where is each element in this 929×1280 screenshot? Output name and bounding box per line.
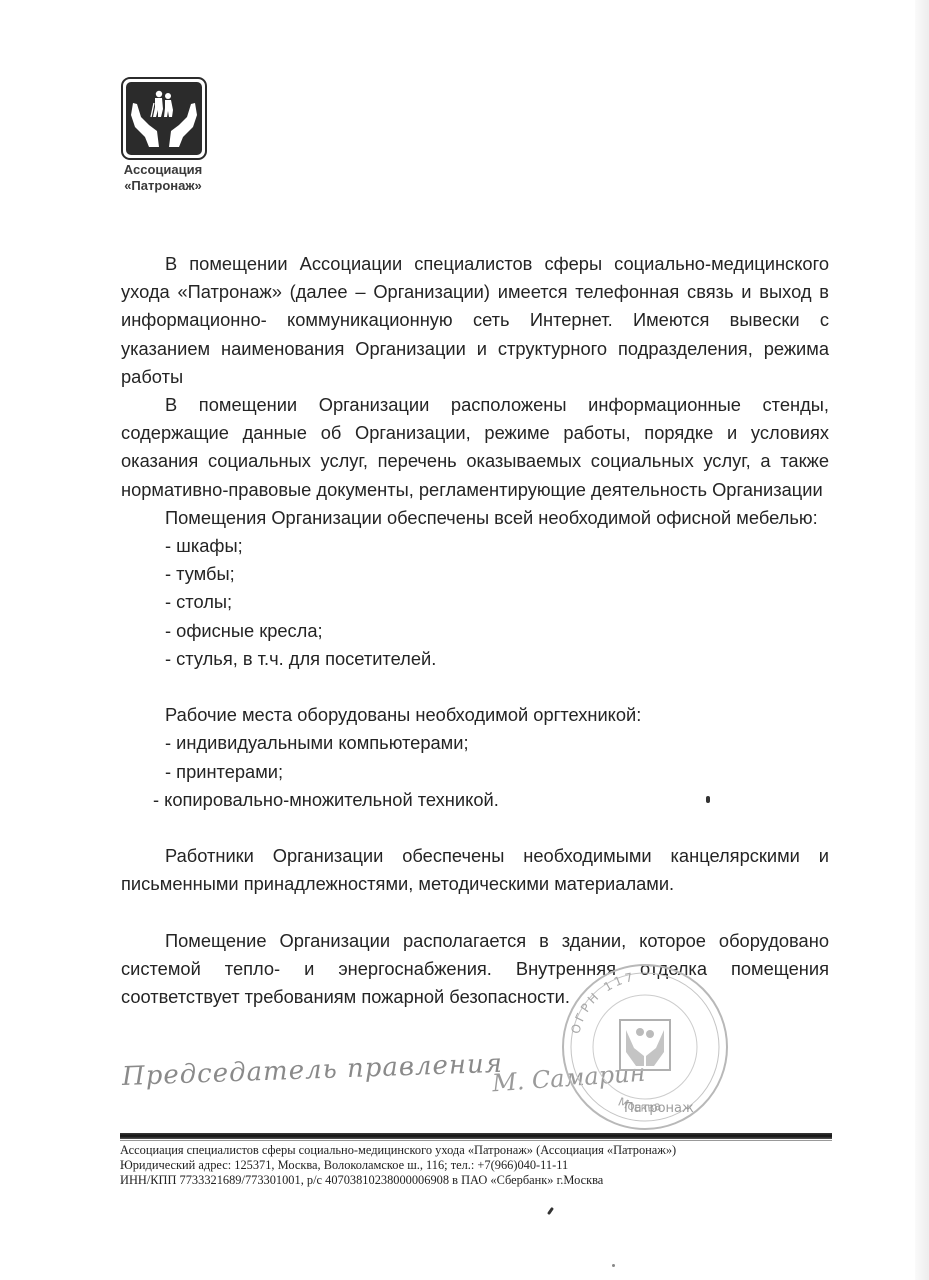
footer-divider-thin xyxy=(120,1140,832,1141)
footer-org-name: Ассоциация специалистов сферы социально-… xyxy=(120,1143,840,1158)
list-item: - тумбы; xyxy=(121,560,829,588)
scan-speck xyxy=(547,1207,554,1215)
organization-stamp-icon: ОГРН 117 Москва Патронаж xyxy=(556,962,734,1132)
list-item: - принтерами; xyxy=(121,758,829,786)
list-item: - копировально-множительной техникой. xyxy=(121,786,829,814)
footer-bank-details: ИНН/КПП 7733321689/773301001, р/с 407038… xyxy=(120,1173,840,1188)
list-item: - стулья, в т.ч. для посетителей. xyxy=(121,645,829,673)
logo-caption-line2: «Патронаж» xyxy=(108,178,218,194)
handwritten-signature-title: Председатель правления xyxy=(121,1049,503,1092)
scan-edge-shadow xyxy=(915,0,929,1280)
hands-holding-elderly-couple-icon xyxy=(121,77,207,160)
paragraph-equipment: Рабочие места оборудованы необходимой ор… xyxy=(121,701,829,729)
scan-speck xyxy=(706,796,710,803)
letterhead-footer: Ассоциация специалистов сферы социально-… xyxy=(120,1143,840,1189)
list-item: - столы; xyxy=(121,588,829,616)
svg-text:ОГРН 117: ОГРН 117 xyxy=(568,970,637,1036)
scan-speck xyxy=(612,1264,615,1267)
list-item: - индивидуальными компьютерами; xyxy=(121,729,829,757)
stamp-outer-text: ОГРН 117 xyxy=(568,970,637,1036)
list-item: - шкафы; xyxy=(121,532,829,560)
furniture-list: - шкафы; - тумбы; - столы; - офисные кре… xyxy=(121,532,829,673)
list-item: - офисные кресла; xyxy=(121,617,829,645)
spacer xyxy=(121,673,829,701)
paragraph-furniture: Помещения Организации обеспечены всей не… xyxy=(121,504,829,532)
paragraph-info-stands: В помещении Организации расположены инфо… xyxy=(121,391,829,504)
stamp-name-text: Патронаж xyxy=(624,1101,694,1116)
spacer xyxy=(121,814,829,842)
paragraph-communications: В помещении Ассоциации специалистов сфер… xyxy=(121,250,829,391)
document-body: В помещении Ассоциации специалистов сфер… xyxy=(121,250,829,1011)
paragraph-stationery: Работники Организации обеспечены необход… xyxy=(121,842,829,898)
logo-caption: Ассоциация «Патронаж» xyxy=(108,162,218,194)
spacer xyxy=(121,899,829,927)
footer-address: Юридический адрес: 125371, Москва, Волок… xyxy=(120,1158,840,1173)
footer-divider xyxy=(120,1133,832,1139)
equipment-list: - индивидуальными компьютерами; - принте… xyxy=(121,729,829,814)
logo-caption-line1: Ассоциация xyxy=(108,162,218,178)
